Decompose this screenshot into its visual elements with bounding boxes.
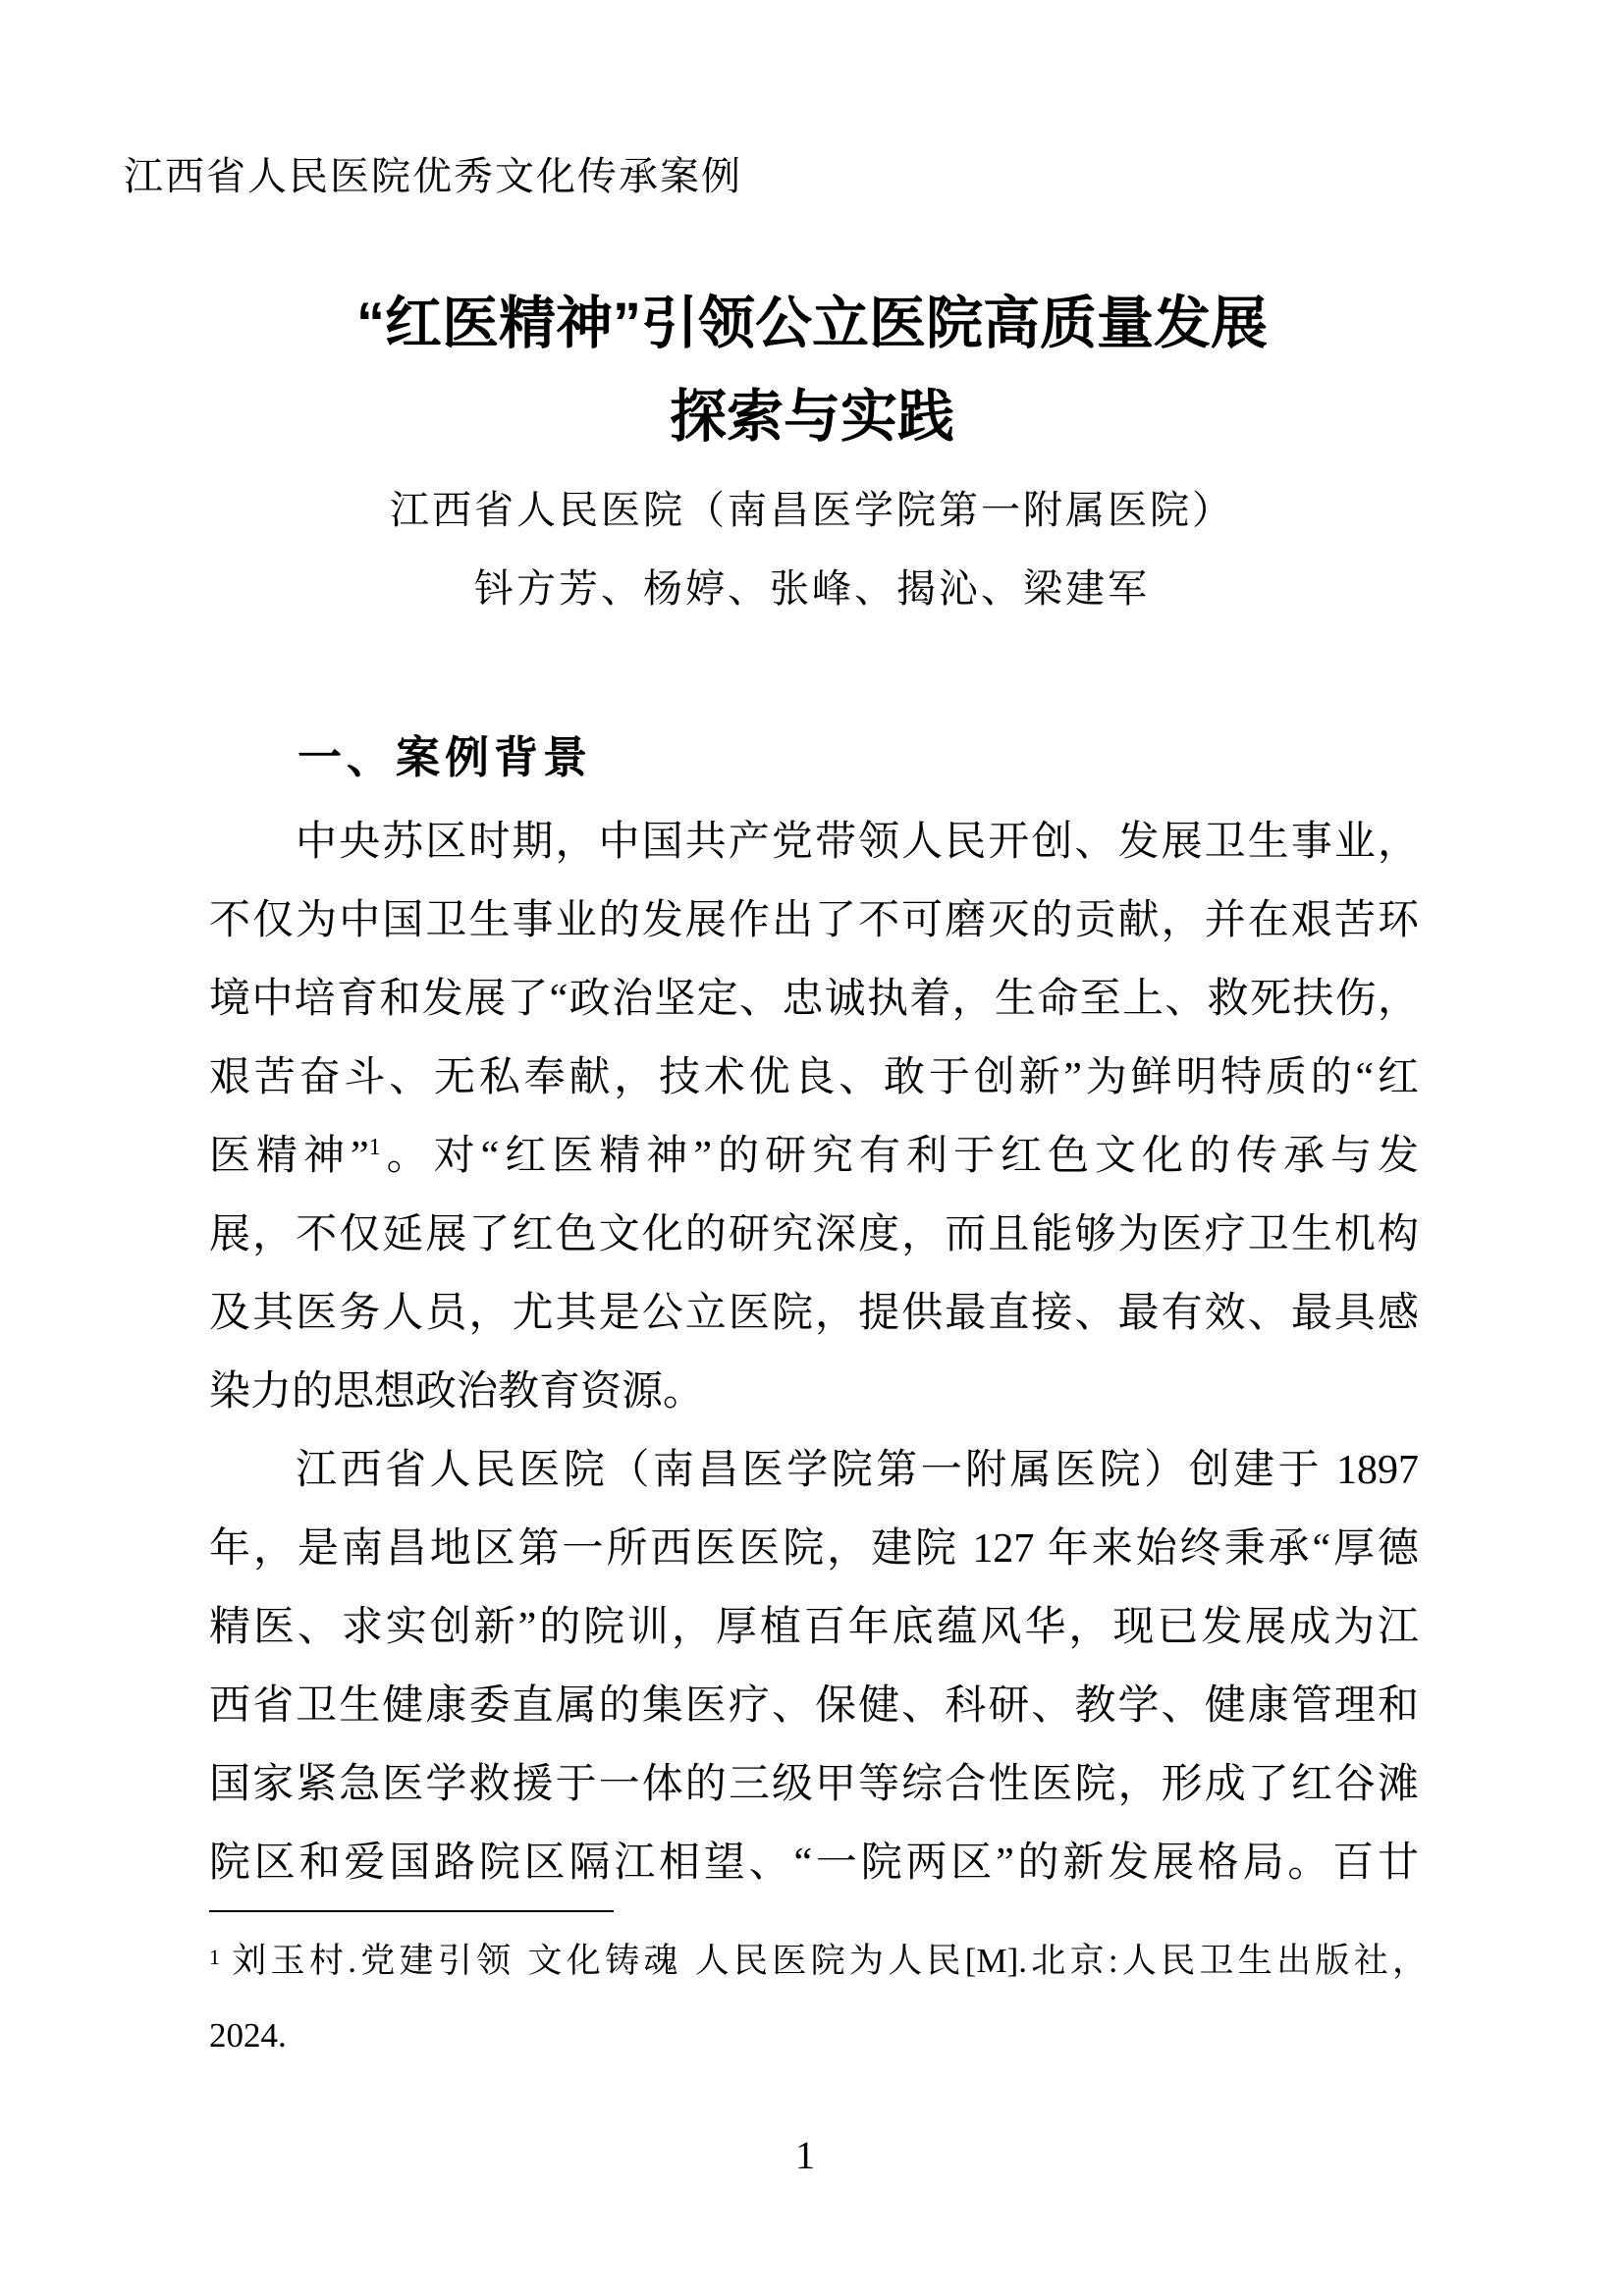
paragraph1-line5: 医精神”1。对“红医精神”的研究有利于红色文化的传承与发 (209, 1117, 1419, 1196)
document-header-label: 江西省人民医院优秀文化传承案例 (124, 145, 742, 201)
document-title-line2: 探索与实践 (0, 370, 1624, 463)
authors-line: 钭方芳、杨婷、张峰、揭沁、梁建军 (0, 558, 1624, 614)
paragraph1-line3: 境中培育和发展了“政治坚定、忠诚执着，生命至上、救死扶伤， (209, 960, 1419, 1039)
document-title-line1: “红医精神”引领公立医院高质量发展 (0, 277, 1624, 370)
paragraph2-line3: 精医、求实创新”的院训，厚植百年底蕴风华，现已发展成为江 (209, 1588, 1419, 1667)
paragraph1-line4: 艰苦奋斗、无私奉献，技术优良、敢于创新”为鲜明特质的“红 (209, 1039, 1419, 1117)
document-title: “红医精神”引领公立医院高质量发展 探索与实践 (0, 277, 1624, 463)
footnote-reference-1: 1 (369, 1135, 381, 1160)
document-page: 江西省人民医院优秀文化传承案例 “红医精神”引领公立医院高质量发展 探索与实践 … (0, 0, 1624, 2296)
footnote-line2: 2024. (209, 1999, 1427, 2073)
footnote-line1: 1刘玉村.党建引领 文化铸魂 人民医院为人民[M].北京:人民卫生出版社， (209, 1924, 1427, 1999)
section-heading-case-background: 一、案例背景 (209, 721, 592, 785)
paragraph1-line8: 染力的思想政治教育资源。 (209, 1353, 1419, 1431)
body-text: 中央苏区时期，中国共产党带领人民开创、发展卫生事业， 不仅为中国卫生事业的发展作… (209, 803, 1419, 1902)
footnote: 1刘玉村.党建引领 文化铸魂 人民医院为人民[M].北京:人民卫生出版社， 20… (209, 1924, 1427, 2073)
paragraph2-line1: 江西省人民医院（南昌医学院第一附属医院）创建于 1897 (209, 1431, 1419, 1510)
page-number: 1 (0, 2132, 1610, 2178)
paragraph1-line5-text-after: 。对“红医精神”的研究有利于红色文化的传承与发 (381, 1134, 1419, 1179)
paragraph1-line5-text: 医精神” (209, 1134, 369, 1179)
paragraph1-line1: 中央苏区时期，中国共产党带领人民开创、发展卫生事业， (209, 803, 1419, 881)
paragraph2-line2: 年，是南昌地区第一所西医医院，建院 127 年来始终秉承“厚德 (209, 1510, 1419, 1588)
footnote-separator (209, 1910, 614, 1912)
affiliation-line: 江西省人民医院（南昌医学院第一附属医院） (0, 479, 1624, 535)
paragraph2-line4: 西省卫生健康委直属的集医疗、保健、科研、教学、健康管理和 (209, 1667, 1419, 1745)
footnote-citation: 刘玉村.党建引领 文化铸魂 人民医院为人民[M].北京:人民卫生出版社， (228, 1942, 1427, 1980)
paragraph1-line7: 及其医务人员，尤其是公立医院，提供最直接、最有效、最具感 (209, 1274, 1419, 1353)
paragraph1-line2: 不仅为中国卫生事业的发展作出了不可磨灭的贡献，并在艰苦环 (209, 881, 1419, 960)
footnote-marker-1: 1 (209, 1945, 228, 1969)
paragraph2-line6: 院区和爱国路院区隔江相望、“一院两区”的新发展格局。百廿 (209, 1824, 1419, 1902)
paragraph2-line5: 国家紧急医学救援于一体的三级甲等综合性医院，形成了红谷滩 (209, 1745, 1419, 1824)
paragraph1-line6: 展，不仅延展了红色文化的研究深度，而且能够为医疗卫生机构 (209, 1196, 1419, 1274)
